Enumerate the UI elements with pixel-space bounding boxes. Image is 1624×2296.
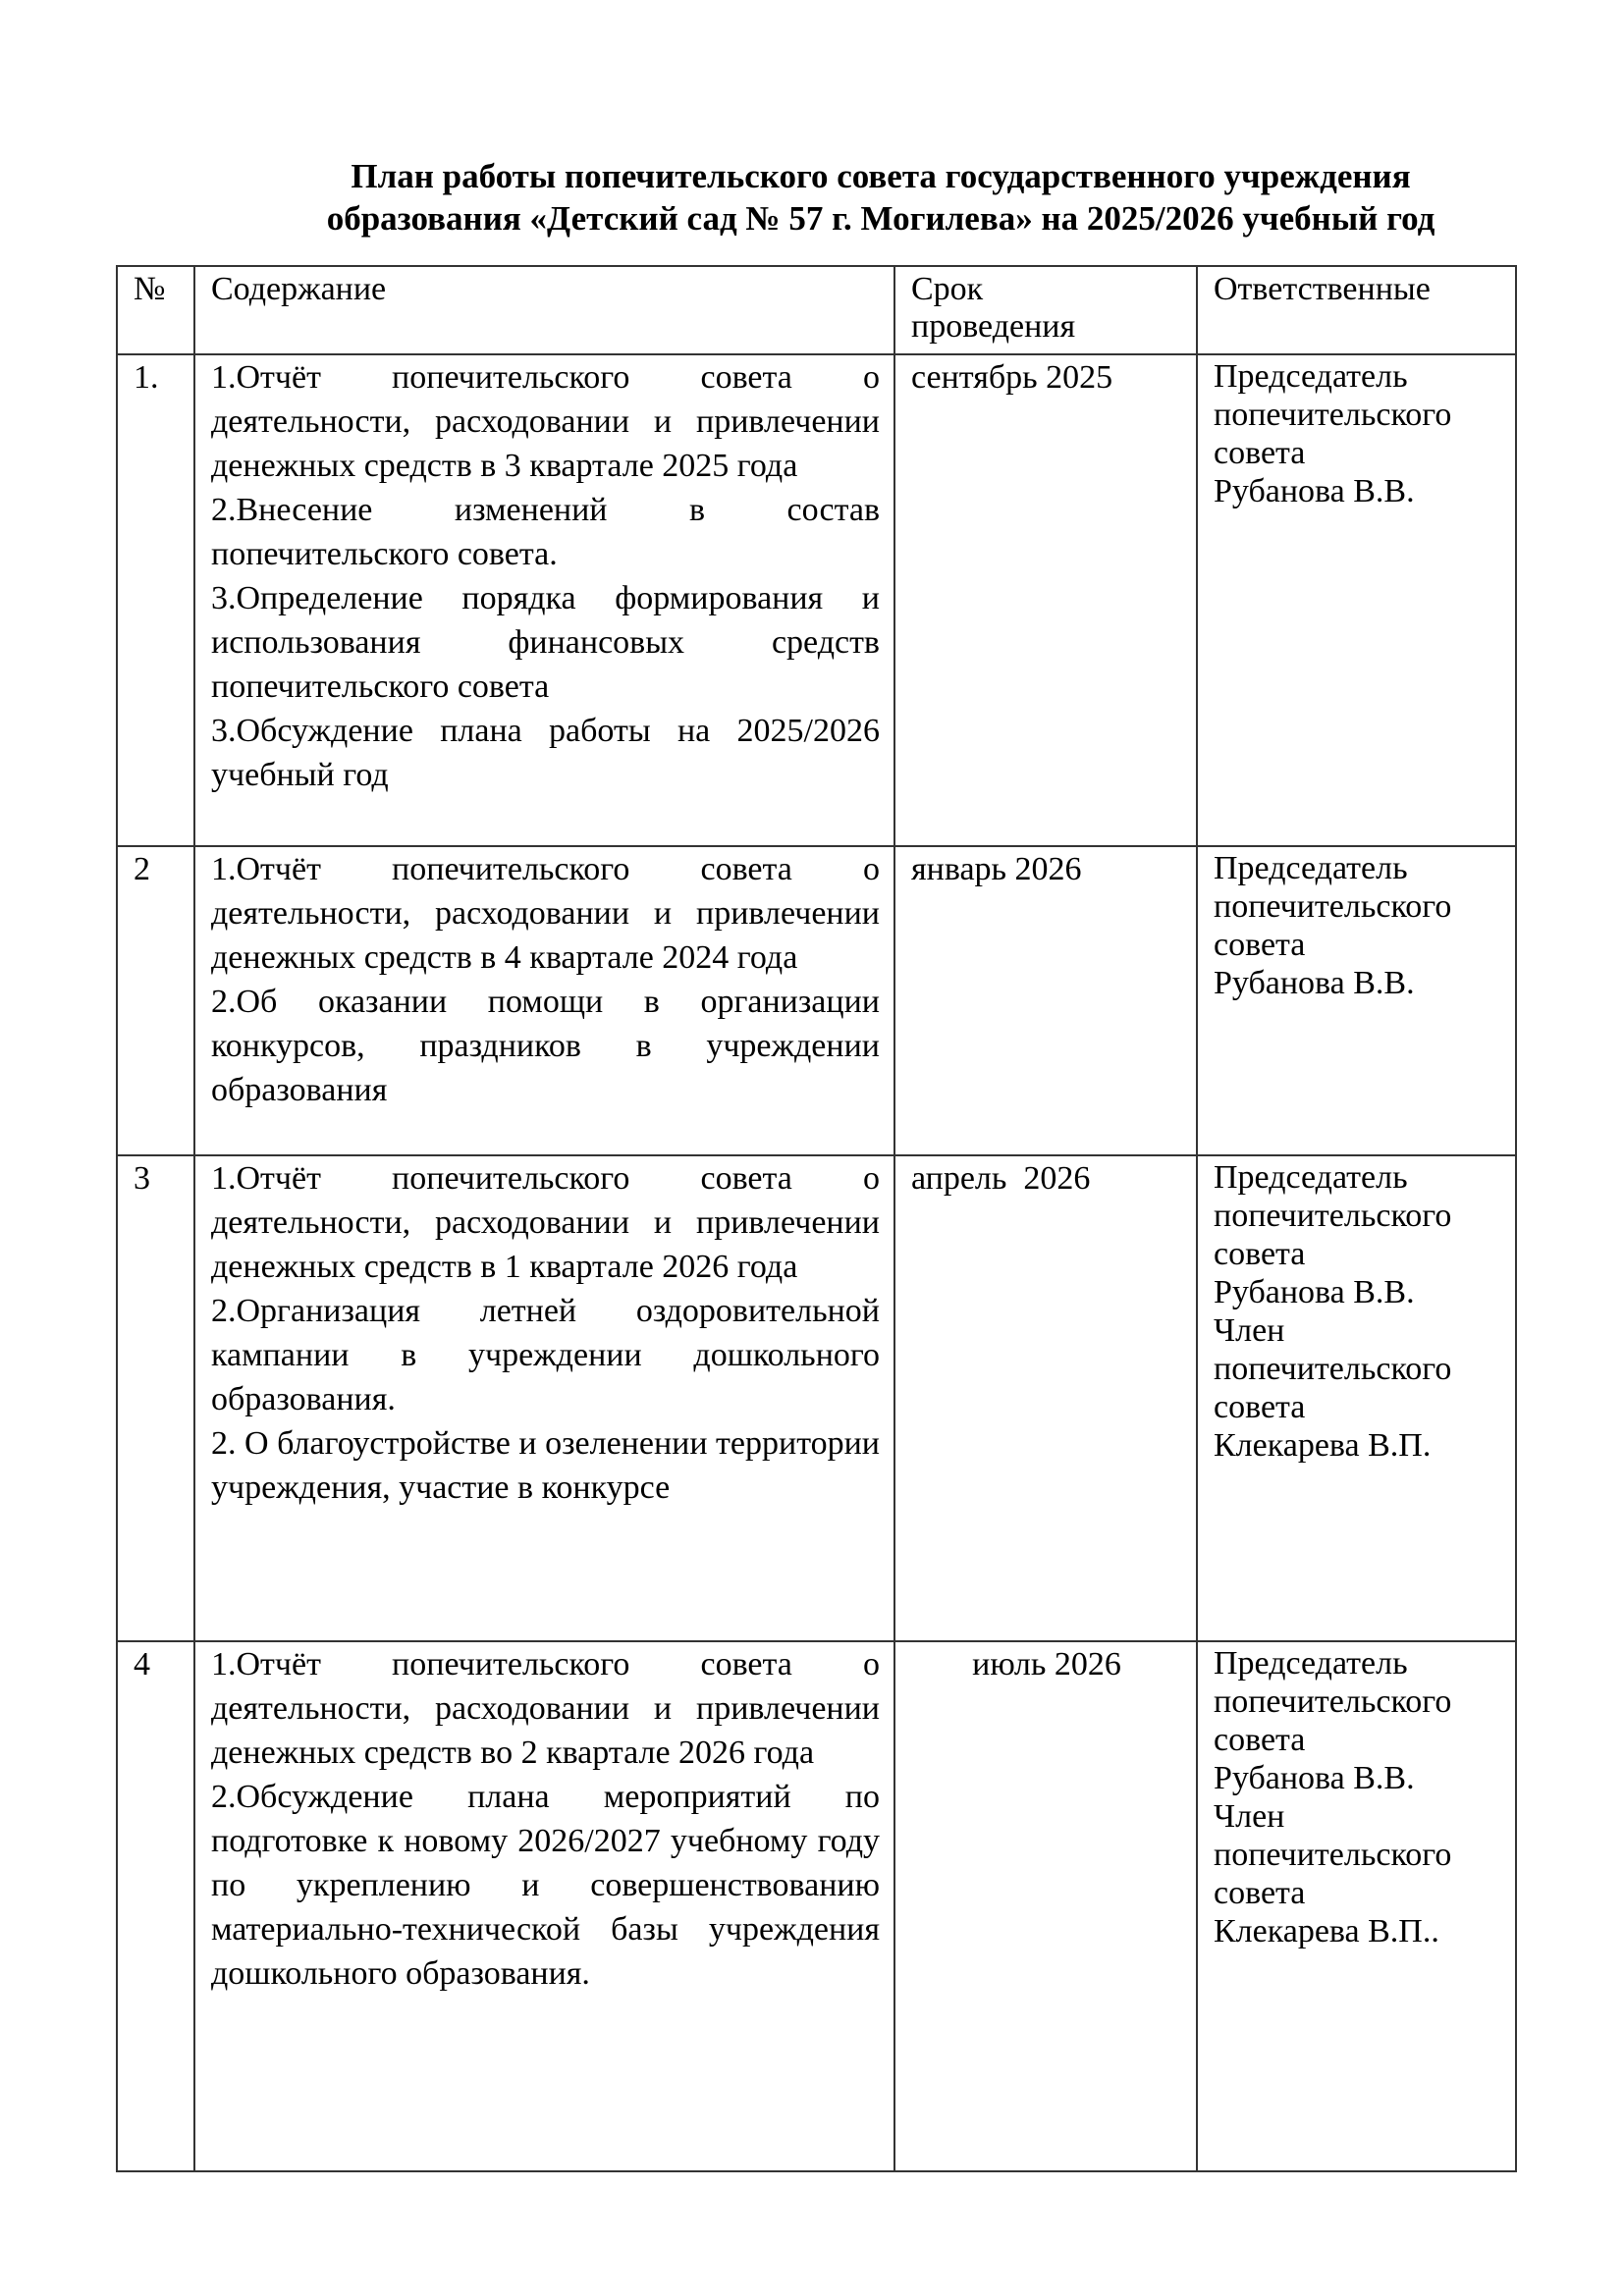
content-item: 1.Отчёт попечительского совета о деятель… — [211, 1156, 880, 1289]
responsible-line: совета — [1214, 926, 1501, 964]
table-header-row: № Содержание Срок проведения Ответственн… — [117, 266, 1516, 354]
content-item: 2.Организация летней оздоровительной кам… — [211, 1289, 880, 1421]
plan-table: № Содержание Срок проведения Ответственн… — [116, 265, 1517, 2172]
responsible-line: Член — [1214, 1797, 1501, 1836]
content-item: 1.Отчёт попечительского совета о деятель… — [211, 1642, 880, 1775]
responsible-line: Рубанова В.В. — [1214, 1759, 1501, 1797]
content-item: 1.Отчёт попечительского совета о деятель… — [211, 355, 880, 488]
header-responsible: Ответственные — [1197, 266, 1516, 354]
responsible-line: Клекарева В.П. — [1214, 1426, 1501, 1465]
content-item: 2. О благоустройстве и озеленении террит… — [211, 1421, 880, 1510]
document-title: План работы попечительского совета госуд… — [0, 155, 1624, 240]
responsible-line: Клекарева В.П.. — [1214, 1912, 1501, 1950]
row-content: 1.Отчёт попечительского совета о деятель… — [194, 846, 894, 1155]
responsible-line: попечительского — [1214, 887, 1501, 926]
title-line-2: образования «Детский сад № 57 г. Могилев… — [196, 197, 1565, 240]
responsible-line: Председатель — [1214, 1158, 1501, 1197]
content-item: 2.Внесение изменений в состав попечитель… — [211, 488, 880, 576]
content-item: 1.Отчёт попечительского совета о деятель… — [211, 847, 880, 980]
row-responsible: Председатель попечительского совета Руба… — [1197, 846, 1516, 1155]
responsible-line: попечительского — [1214, 1682, 1501, 1721]
header-content: Содержание — [194, 266, 894, 354]
responsible-line: Рубанова В.В. — [1214, 1273, 1501, 1311]
row-date: сентябрь 2025 — [894, 354, 1197, 846]
responsible-line: Председатель — [1214, 849, 1501, 887]
row-content: 1.Отчёт попечительского совета о деятель… — [194, 1641, 894, 2171]
responsible-line: попечительского — [1214, 1197, 1501, 1235]
row-content: 1.Отчёт попечительского совета о деятель… — [194, 1155, 894, 1641]
row-content: 1.Отчёт попечительского совета о деятель… — [194, 354, 894, 846]
row-date: апрель 2026 — [894, 1155, 1197, 1641]
content-item: 2.Обсуждение плана мероприятий по подгот… — [211, 1775, 880, 1996]
header-num: № — [117, 266, 194, 354]
responsible-line: попечительского — [1214, 396, 1501, 434]
responsible-line: попечительского — [1214, 1836, 1501, 1874]
content-item: 2.Об оказании помощи в организации конку… — [211, 980, 880, 1112]
content-item: 3.Обсуждение плана работы на 2025/2026 у… — [211, 709, 880, 797]
row-num: 3 — [117, 1155, 194, 1641]
row-date: июль 2026 — [894, 1641, 1197, 2171]
table-row: 3 1.Отчёт попечительского совета о деяте… — [117, 1155, 1516, 1641]
header-date: Срок проведения — [894, 266, 1197, 354]
table-row: 2 1.Отчёт попечительского совета о деяте… — [117, 846, 1516, 1155]
responsible-line: Рубанова В.В. — [1214, 472, 1501, 510]
responsible-line: совета — [1214, 1721, 1501, 1759]
row-num: 1. — [117, 354, 194, 846]
row-responsible: Председатель попечительского совета Руба… — [1197, 1155, 1516, 1641]
header-date-label: Срок проведения — [911, 271, 1108, 346]
row-num: 4 — [117, 1641, 194, 2171]
responsible-line: Председатель — [1214, 357, 1501, 396]
responsible-line: попечительского — [1214, 1350, 1501, 1388]
responsible-line: Председатель — [1214, 1644, 1501, 1682]
row-responsible: Председатель попечительского совета Руба… — [1197, 354, 1516, 846]
responsible-line: Рубанова В.В. — [1214, 964, 1501, 1002]
responsible-line: совета — [1214, 1235, 1501, 1273]
row-date: январь 2026 — [894, 846, 1197, 1155]
table-row: 1. 1.Отчёт попечительского совета о деят… — [117, 354, 1516, 846]
content-item: 3.Определение порядка формирования и исп… — [211, 576, 880, 709]
responsible-line: Член — [1214, 1311, 1501, 1350]
table-row: 4 1.Отчёт попечительского совета о деяте… — [117, 1641, 1516, 2171]
responsible-line: совета — [1214, 1388, 1501, 1426]
row-responsible: Председатель попечительского совета Руба… — [1197, 1641, 1516, 2171]
row-num: 2 — [117, 846, 194, 1155]
responsible-line: совета — [1214, 434, 1501, 472]
responsible-line: совета — [1214, 1874, 1501, 1912]
title-line-1: План работы попечительского совета госуд… — [196, 155, 1565, 197]
